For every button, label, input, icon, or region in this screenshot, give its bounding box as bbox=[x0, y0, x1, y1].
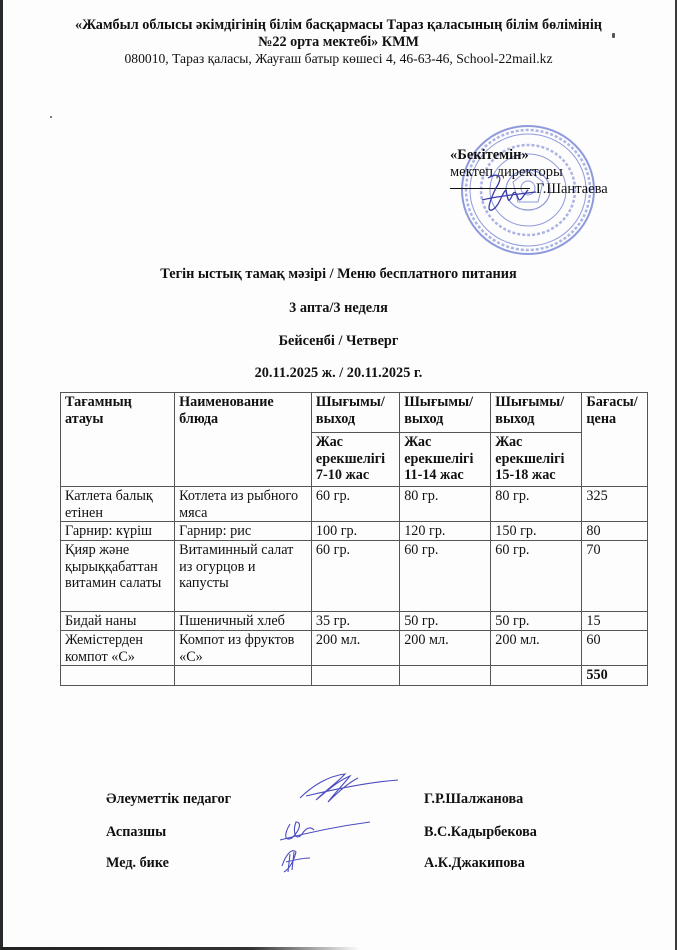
cell-name-ru: Компот из фруктов «С» bbox=[175, 631, 312, 666]
cell-name-ru: Гарнир: рис bbox=[175, 522, 312, 541]
header-name-ru: Наименование блюда bbox=[175, 393, 312, 487]
cell-yield-7-10: 60 гр. bbox=[311, 487, 399, 522]
header-yield: Шығымы/ выход bbox=[311, 393, 399, 433]
cell-yield-15-18: 150 гр. bbox=[491, 522, 582, 541]
header-age-15-18: Жас ерекшелігі 15-18 жас bbox=[491, 433, 582, 487]
scan-speck bbox=[50, 116, 52, 118]
week-label: 3 апта/3 неделя bbox=[0, 300, 677, 317]
cell-name-ru: Котлета из рыбного мяса bbox=[175, 487, 312, 522]
table-row: Гарнир: күріш Гарнир: рис 100 гр. 120 гр… bbox=[61, 522, 648, 541]
empty-cell bbox=[61, 666, 175, 686]
cell-name-kz: Катлета балық етінен bbox=[61, 487, 175, 522]
table-row: Жемістерден компот «С» Компот из фруктов… bbox=[61, 631, 648, 666]
role-nurse: Мед. бике bbox=[106, 855, 169, 872]
cell-name-ru: Витаминный салат из огурцов и капусты bbox=[175, 541, 312, 612]
director-name: Г.Шантаева bbox=[536, 181, 608, 197]
table-row: Қияр және қырыққабаттан витамин салаты В… bbox=[61, 541, 648, 612]
table-row: Бидай наны Пшеничный хлеб 35 гр. 50 гр. … bbox=[61, 612, 648, 631]
staff-signatures-icon bbox=[250, 768, 400, 878]
cell-yield-7-10: 100 гр. bbox=[311, 522, 399, 541]
role-social-pedagogue: Әлеуметтік педагог bbox=[106, 791, 231, 808]
name-social-pedagogue: Г.Р.Шалжанова bbox=[424, 791, 523, 808]
table-total-row: 550 bbox=[61, 666, 648, 686]
empty-cell bbox=[175, 666, 312, 686]
cell-yield-7-10: 60 гр. bbox=[311, 541, 399, 612]
cell-price: 325 bbox=[582, 487, 648, 522]
cell-name-kz: Бидай наны bbox=[61, 612, 175, 631]
cell-name-ru: Пшеничный хлеб bbox=[175, 612, 312, 631]
header-name-kz: Тағамның атауы bbox=[61, 393, 175, 487]
name-cook: В.С.Кадырбекова bbox=[424, 824, 537, 841]
empty-cell bbox=[311, 666, 399, 686]
header-yield: Шығымы/ выход bbox=[400, 393, 491, 433]
org-name-line1: «Жамбыл облысы әкімдігінің білім басқарм… bbox=[0, 17, 677, 34]
cell-yield-15-18: 60 гр. bbox=[491, 541, 582, 612]
header-yield: Шығымы/ выход bbox=[491, 393, 582, 433]
cell-name-kz: Қияр және қырыққабаттан витамин салаты bbox=[61, 541, 175, 612]
approval-title: «Бекітемін» bbox=[450, 147, 608, 164]
director-signature-icon bbox=[478, 170, 538, 220]
cell-yield-7-10: 35 гр. bbox=[311, 612, 399, 631]
org-name-line2: №22 орта мектебі» КММ bbox=[0, 34, 677, 51]
day-label: Бейсенбі / Четверг bbox=[0, 333, 677, 350]
cell-yield-11-14: 200 мл. bbox=[400, 631, 491, 666]
header-age-7-10: Жас ерекшелігі 7-10 жас bbox=[311, 433, 399, 487]
empty-cell bbox=[400, 666, 491, 686]
cell-yield-15-18: 80 гр. bbox=[491, 487, 582, 522]
cell-price: 80 bbox=[582, 522, 648, 541]
name-nurse: А.К.Джакипова bbox=[424, 855, 525, 872]
cell-yield-7-10: 200 мл. bbox=[311, 631, 399, 666]
date-label: 20.11.2025 ж. / 20.11.2025 г. bbox=[0, 365, 677, 382]
cell-price: 60 bbox=[582, 631, 648, 666]
total-price: 550 bbox=[582, 666, 648, 686]
cell-yield-11-14: 50 гр. bbox=[400, 612, 491, 631]
cell-yield-15-18: 200 мл. bbox=[491, 631, 582, 666]
scan-speck bbox=[612, 33, 615, 38]
menu-title: Тегін ыстық тамақ мәзірі / Меню бесплатн… bbox=[0, 266, 677, 283]
cell-yield-11-14: 120 гр. bbox=[400, 522, 491, 541]
header-age-11-14: Жас ерекшелігі 11-14 жас bbox=[400, 433, 491, 487]
table-row: Катлета балық етінен Котлета из рыбного … bbox=[61, 487, 648, 522]
cell-yield-11-14: 60 гр. bbox=[400, 541, 491, 612]
cell-name-kz: Жемістерден компот «С» bbox=[61, 631, 175, 666]
cell-price: 70 bbox=[582, 541, 648, 612]
empty-cell bbox=[491, 666, 582, 686]
cell-name-kz: Гарнир: күріш bbox=[61, 522, 175, 541]
org-address: 080010, Тараз қаласы, Жауғаш батыр көшес… bbox=[0, 51, 677, 67]
header-price: Бағасы/ цена bbox=[582, 393, 648, 487]
scan-edge-left bbox=[0, 0, 3, 950]
cell-yield-15-18: 50 гр. bbox=[491, 612, 582, 631]
menu-table: Тағамның атауы Наименование блюда Шығымы… bbox=[60, 392, 648, 686]
cell-yield-11-14: 80 гр. bbox=[400, 487, 491, 522]
cell-price: 15 bbox=[582, 612, 648, 631]
role-cook: Аспазшы bbox=[106, 824, 166, 841]
